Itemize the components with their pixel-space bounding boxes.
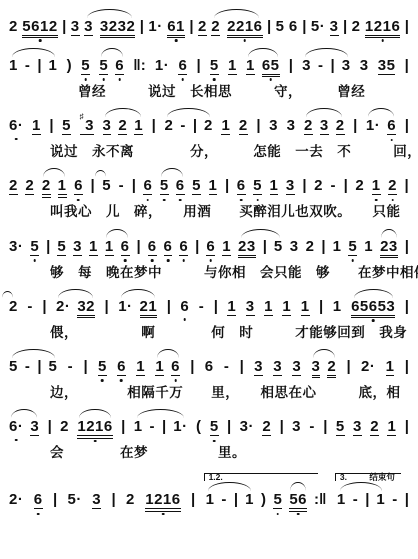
- note-token: 2: [336, 118, 345, 135]
- note-token: 6: [148, 239, 157, 256]
- note-token: 2·: [361, 359, 375, 374]
- note-token: 5: [81, 58, 90, 75]
- barline: |: [189, 19, 193, 34]
- note-token: 3: [292, 419, 301, 434]
- music-line: 2-|2·32|1·21|6-|13111|165653|: [4, 286, 414, 325]
- note-token: 1216: [145, 492, 180, 509]
- note-token: 1·: [173, 419, 187, 434]
- dash-extension: -: [331, 178, 337, 193]
- note-token: 1: [155, 359, 164, 376]
- barline: |: [234, 492, 238, 507]
- note-token: 6: [206, 239, 215, 256]
- slur-group: 1-|1: [337, 492, 385, 507]
- volta-label: 3.: [340, 473, 347, 482]
- note-token: 2: [388, 178, 397, 195]
- note-token: 2: [352, 19, 361, 34]
- note-token: 2: [355, 178, 364, 193]
- note-token: 1: [364, 239, 373, 254]
- lyric-line: 说过 永不离 分， 怎能 一去 不 回，: [4, 144, 414, 165]
- barline: |: [46, 239, 50, 254]
- note-token: 5: [253, 178, 262, 195]
- note-token: 3: [103, 118, 112, 135]
- note-token: 3: [30, 419, 39, 436]
- slur-group: 1-|1: [206, 492, 254, 507]
- note-token: 1·: [155, 58, 169, 73]
- slur-group: 5-|5: [9, 359, 57, 374]
- slur-group: 6·3: [9, 419, 39, 436]
- barline: |: [225, 178, 229, 193]
- lyric-line: 曾经 说过 长相思 守， 曾经: [4, 84, 414, 105]
- note-token: 2: [9, 178, 18, 195]
- barline: |: [49, 118, 53, 133]
- note-token: 6: [237, 178, 246, 195]
- dash-extension: -: [27, 299, 33, 314]
- note-token: 6·: [9, 419, 23, 434]
- note-token: 3: [286, 178, 295, 195]
- lyric-line: 边， 相隔千万 里， 相思在心 底，相: [4, 385, 414, 406]
- barline: |: [191, 492, 195, 507]
- slur-group: 32: [312, 359, 337, 376]
- note-token: 1: [264, 299, 273, 316]
- dash-extension: -: [25, 359, 31, 374]
- note-token: 6: [121, 239, 130, 256]
- note-token: 65: [262, 58, 280, 75]
- barline: |: [195, 239, 199, 254]
- note-token: ♯3: [80, 118, 94, 135]
- note-token: 5: [98, 359, 107, 376]
- lyric-line: 够 每 晚在梦中 与你相 会只能 够 在梦中相依: [4, 265, 414, 286]
- barline: |: [111, 492, 115, 507]
- barline: |: [405, 178, 409, 193]
- note-token: 1216: [77, 419, 112, 436]
- note-token: 3: [320, 118, 329, 135]
- barline: |: [42, 299, 46, 314]
- slur-group: 1·21: [118, 299, 157, 316]
- barline: |: [405, 118, 409, 133]
- note-token: 3: [292, 359, 301, 376]
- barline: |: [365, 492, 369, 507]
- note-token: 2: [9, 19, 18, 34]
- slur-group: 2·32: [56, 299, 95, 316]
- note-token: 65653: [351, 299, 395, 316]
- barline: |: [190, 359, 194, 374]
- note-token: 3: [273, 359, 282, 376]
- barline: |: [319, 299, 323, 314]
- slur-group: 23|5: [238, 239, 283, 256]
- note-token: 5: [210, 419, 219, 436]
- note-token: 1: [58, 178, 67, 195]
- music-line: 3·5|53116|666|6123|532|15123|: [4, 226, 414, 265]
- slur-group: 16: [155, 359, 180, 376]
- note-token: 3: [287, 118, 296, 133]
- parenthesis: ): [67, 58, 73, 73]
- dash-extension: -: [150, 419, 156, 434]
- note-token: 2216: [227, 19, 262, 36]
- note-token: 3232: [100, 19, 135, 36]
- slur-group: 1-|1: [9, 58, 57, 73]
- barline: |: [48, 419, 52, 434]
- barline: |: [240, 359, 244, 374]
- note-token: 5: [160, 178, 169, 195]
- barline: |: [53, 492, 57, 507]
- note-token: 2·: [9, 492, 23, 507]
- dash-extension: -: [353, 492, 359, 507]
- note-token: 5·: [311, 19, 325, 34]
- note-token: 2: [42, 178, 51, 195]
- note-token: 1: [376, 492, 385, 507]
- note-token: 35: [378, 58, 396, 75]
- dash-extension: -: [199, 299, 205, 314]
- slur-group: 23: [380, 239, 398, 256]
- note-token: 3: [312, 359, 321, 376]
- note-token: 1: [282, 299, 291, 316]
- dash-extension: -: [221, 492, 227, 507]
- barline: |: [227, 419, 231, 434]
- barline: |: [405, 419, 409, 434]
- note-token: 6: [176, 178, 185, 195]
- dash-extension: -: [318, 58, 324, 73]
- note-token: 5612: [22, 19, 57, 36]
- note-token: 1: [333, 299, 342, 314]
- slur-group: 22216: [211, 19, 262, 36]
- note-token: 3·: [9, 239, 23, 254]
- note-token: 1·: [366, 118, 380, 133]
- note-token: 56: [289, 492, 307, 509]
- note-token: 1: [337, 492, 346, 507]
- note-token: 1: [245, 492, 254, 507]
- slur-group: 33232: [84, 19, 135, 36]
- note-token: 23: [380, 239, 398, 256]
- note-token: 2: [9, 299, 18, 314]
- barline: |: [353, 118, 357, 133]
- dash-extension: -: [119, 178, 125, 193]
- note-token: 3·: [240, 419, 254, 434]
- note-token: 2: [262, 419, 271, 436]
- volta-group: 1.2.1-|1)556:‖: [206, 490, 327, 509]
- note-token: 6: [171, 359, 180, 376]
- note-token: 1: [372, 178, 381, 195]
- parenthesis: (: [196, 419, 202, 434]
- note-token: 5: [99, 58, 108, 75]
- barline: |: [289, 58, 293, 73]
- note-token: 2: [211, 19, 220, 36]
- slur-group: 56: [99, 58, 124, 75]
- note-token: 2: [327, 359, 336, 376]
- slur-group: 1216: [77, 419, 112, 436]
- barline: |: [152, 118, 156, 133]
- note-token: 5: [49, 359, 58, 374]
- note-token: 5: [62, 118, 71, 135]
- note-token: 5: [210, 58, 219, 75]
- note-token: 6: [74, 178, 83, 195]
- repeat-sign: :‖: [314, 492, 326, 507]
- note-token: 1216: [365, 19, 400, 36]
- note-token: 1: [49, 58, 58, 73]
- barline: |: [140, 19, 144, 34]
- barline: |: [302, 19, 306, 34]
- note-token: 5: [276, 19, 285, 34]
- dash-extension: -: [180, 118, 186, 133]
- barline: |: [405, 299, 409, 314]
- note-token: 5: [273, 492, 282, 509]
- music-line: 25612|333232|1·61|222216|56|5·3|21216|: [4, 6, 414, 45]
- note-token: 6: [164, 239, 173, 256]
- barline: |: [347, 359, 351, 374]
- barline: |: [105, 299, 109, 314]
- ending-phrase-label: 结束句: [369, 473, 395, 482]
- note-token: 3: [246, 299, 255, 316]
- note-token: 3: [92, 492, 101, 509]
- barline: |: [62, 19, 66, 34]
- barline: |: [263, 239, 267, 254]
- note-token: 23: [238, 239, 256, 256]
- barline: |: [405, 492, 409, 507]
- note-token: 6: [117, 359, 126, 376]
- note-token: 5: [57, 239, 66, 256]
- note-token: 5·: [68, 492, 82, 507]
- note-token: 3: [302, 58, 311, 73]
- barline: |: [83, 359, 87, 374]
- note-token: 6: [34, 492, 43, 509]
- barline: |: [121, 419, 125, 434]
- slur-group: 56: [289, 492, 307, 509]
- note-token: 6: [115, 58, 124, 75]
- slur-group: 3-|3: [302, 58, 350, 73]
- barline: |: [280, 419, 284, 434]
- barline: |: [214, 299, 218, 314]
- note-token: 5: [30, 239, 39, 256]
- lyric-line: 叫我心 儿 碎， 用酒 买醉泪儿也双吹。 只能: [4, 204, 414, 225]
- note-token: 2: [118, 118, 127, 135]
- note-token: 2: [304, 118, 313, 135]
- note-token: 6: [179, 239, 188, 256]
- note-token: 3: [360, 58, 369, 73]
- note-token: 6: [289, 19, 298, 34]
- lyric-line: 偎， 啊 何 时 才能够回到 我身: [4, 325, 414, 346]
- note-token: 1: [228, 58, 237, 75]
- jianpu-sheet-music-page: 25612|333232|1·61|222216|56|5·3|21216|1-…: [0, 0, 418, 559]
- note-token: 1: [221, 118, 230, 135]
- slur-group: 232: [304, 118, 345, 135]
- barline: |: [193, 118, 197, 133]
- music-line: 1-|1)556‖:1·6|51165|3-|3335|: [4, 45, 414, 84]
- note-token: 2: [25, 178, 34, 195]
- slur-group: 165: [246, 58, 280, 75]
- note-token: 2: [306, 239, 315, 254]
- slur-group: 2-|2: [164, 118, 212, 133]
- volta-group: 3.结束句1-|1-|: [337, 490, 409, 507]
- note-token: 3: [71, 19, 80, 36]
- note-token: 2: [370, 419, 379, 436]
- note-token: 5: [102, 178, 111, 193]
- dash-extension: -: [25, 58, 31, 73]
- dash-extension: -: [309, 419, 315, 434]
- note-token: 2: [164, 118, 173, 133]
- dash-extension: -: [224, 359, 230, 374]
- note-token: 5: [9, 359, 18, 374]
- barline: |: [405, 19, 409, 34]
- note-token: 6·: [9, 118, 23, 133]
- note-token: 3: [290, 239, 299, 254]
- note-token: 1: [89, 239, 98, 256]
- barline: |: [37, 58, 41, 73]
- barline: |: [405, 359, 409, 374]
- slur-group: 321: [103, 118, 144, 135]
- music-line: 5-|5-|56116|6-|33332|2·1|: [4, 346, 414, 385]
- note-token: 32: [77, 299, 95, 316]
- note-token: 1: [209, 178, 218, 195]
- note-token: 1: [136, 359, 145, 376]
- note-token: 21: [140, 299, 158, 316]
- dash-extension: -: [68, 359, 74, 374]
- barline: |: [162, 419, 166, 434]
- barline: |: [197, 58, 201, 73]
- volta-label: 1.2.: [209, 473, 223, 482]
- music-line: 6·1|5♯3321|2-|212|33232|1·6|: [4, 105, 414, 144]
- note-token: 1: [134, 419, 143, 434]
- note-token: 1: [134, 118, 143, 135]
- barline: |: [90, 178, 94, 193]
- note-token: 1: [227, 299, 236, 316]
- note-token: 61: [167, 19, 185, 36]
- barline: |: [267, 19, 271, 34]
- note-token: 1·: [148, 19, 162, 34]
- note-token: 2: [198, 19, 207, 36]
- note-token: 3: [330, 19, 339, 36]
- ornament-sharp: ♯: [80, 112, 85, 121]
- note-token: 6: [387, 118, 396, 135]
- barline: |: [323, 419, 327, 434]
- note-token: 2·: [56, 299, 70, 314]
- barline: |: [132, 178, 136, 193]
- barline: |: [302, 178, 306, 193]
- note-token: 3: [353, 419, 362, 436]
- note-token: 1: [32, 118, 41, 135]
- note-token: 1: [387, 419, 396, 436]
- note-token: 5: [348, 239, 357, 256]
- note-token: 5: [192, 178, 201, 195]
- barline: |: [137, 239, 141, 254]
- slur-group: 56: [160, 178, 185, 195]
- note-token: 2: [126, 492, 135, 507]
- barline: |: [321, 239, 325, 254]
- barline: |: [343, 19, 347, 34]
- dash-extension: -: [392, 492, 398, 507]
- music-line: 6·3|21216|1-|1·(5|3·2|3-|5321|: [4, 406, 414, 445]
- note-token: 1: [270, 178, 279, 195]
- repeat-sign: ‖:: [133, 58, 145, 73]
- note-token: 5: [336, 419, 345, 436]
- note-token: 1: [246, 58, 255, 75]
- note-token: 2: [239, 118, 248, 135]
- note-token: 1·: [118, 299, 132, 314]
- barline: |: [167, 299, 171, 314]
- music-line: 22216|5-|65651|6513|2-|212|: [4, 165, 414, 204]
- score: 25612|333232|1·61|222216|56|5·3|21216|1-…: [4, 6, 414, 518]
- slur-group: 1-|1·: [134, 419, 188, 434]
- slur-group: 65653: [351, 299, 395, 316]
- parenthesis: ): [261, 492, 267, 507]
- slur-group: 16: [105, 239, 130, 256]
- note-token: 1: [333, 239, 342, 254]
- note-token: 5: [274, 239, 283, 254]
- note-token: 3: [254, 359, 263, 376]
- note-token: 1: [105, 239, 114, 256]
- barline: |: [405, 58, 409, 73]
- note-token: 3: [342, 58, 351, 73]
- note-token: 3: [269, 118, 278, 133]
- music-line: 2·6|5·3|21216|1.2.1-|1)556:‖3.结束句1-|1-|: [4, 466, 414, 518]
- note-token: 6: [178, 58, 187, 75]
- note-token: 1: [301, 299, 310, 316]
- note-token: 2: [314, 178, 323, 193]
- lyric-line: 会 在梦 里。: [4, 445, 414, 466]
- note-token: 1: [9, 58, 18, 73]
- barline: |: [330, 58, 334, 73]
- barline: |: [405, 239, 409, 254]
- note-token: 6: [205, 359, 214, 374]
- note-token: 6: [180, 299, 189, 314]
- note-token: 3: [73, 239, 82, 256]
- barline: |: [344, 178, 348, 193]
- note-token: 1: [222, 239, 231, 256]
- barline: |: [37, 359, 41, 374]
- slur-group: 1·6: [366, 118, 396, 135]
- slur-group: 21: [42, 178, 67, 195]
- note-token: 1: [206, 492, 215, 507]
- note-token: 1: [386, 359, 395, 376]
- note-token: 3: [84, 19, 93, 36]
- note-token: 6: [143, 178, 152, 195]
- note-token: 2: [60, 419, 69, 434]
- note-token: 2: [204, 118, 213, 133]
- barline: |: [256, 118, 260, 133]
